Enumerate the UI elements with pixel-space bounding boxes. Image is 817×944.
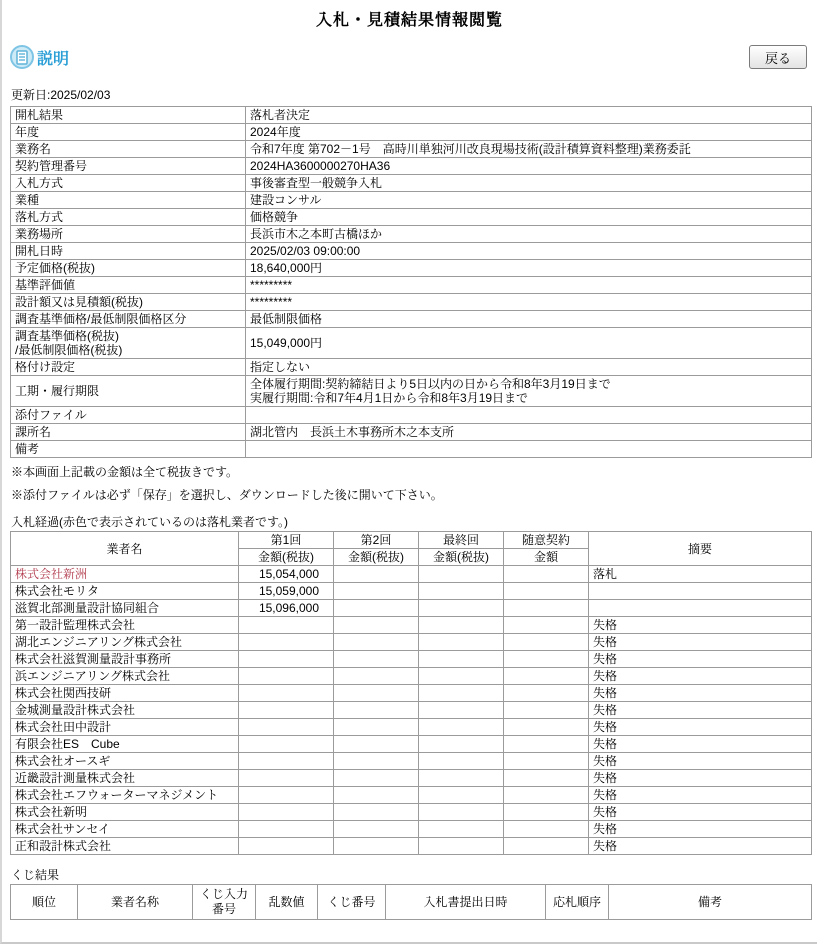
detail-row: 年度2024年度 xyxy=(11,124,812,141)
col-discretionary-amount: 金額 xyxy=(504,549,589,566)
detail-label: 課所名 xyxy=(11,424,246,441)
round2-amount xyxy=(334,634,419,651)
remark: 失格 xyxy=(589,719,812,736)
final-amount xyxy=(419,838,504,855)
detail-label: 入札方式 xyxy=(11,175,246,192)
col-rank: 順位 xyxy=(11,885,78,920)
round2-amount xyxy=(334,583,419,600)
bid-row: 有限会社ES Cube失格 xyxy=(11,736,812,753)
remark: 失格 xyxy=(589,651,812,668)
discretionary-amount xyxy=(504,804,589,821)
final-amount xyxy=(419,583,504,600)
lottery-table: 順位 業者名称 くじ入力番号 乱数値 くじ番号 入札書提出日時 応札順序 備考 xyxy=(10,884,812,920)
detail-value xyxy=(246,441,812,458)
remark: 落札 xyxy=(589,566,812,583)
detail-value: 湖北管内 長浜土木事務所木之本支所 xyxy=(246,424,812,441)
discretionary-amount xyxy=(504,685,589,702)
bid-row: 金城測量設計株式会社失格 xyxy=(11,702,812,719)
col-round2: 第2回 xyxy=(334,532,419,549)
bidder-name: 株式会社田中設計 xyxy=(11,719,239,736)
detail-row: 業務場所長浜市木之本町古橋ほか xyxy=(11,226,812,243)
round2-amount xyxy=(334,719,419,736)
round2-amount xyxy=(334,770,419,787)
col-round2-amount: 金額(税抜) xyxy=(334,549,419,566)
detail-value: 指定しない xyxy=(246,359,812,376)
bid-row: 近畿設計測量株式会社失格 xyxy=(11,770,812,787)
discretionary-amount xyxy=(504,583,589,600)
final-amount xyxy=(419,668,504,685)
detail-row: 業種建設コンサル xyxy=(11,192,812,209)
bid-history-table: 業者名 第1回 第2回 最終回 随意契約 摘要 金額(税抜) 金額(税抜) 金額… xyxy=(10,531,812,855)
final-amount xyxy=(419,736,504,753)
detail-row: 業務名令和7年度 第702－1号 高時川単独河川改良現場技術(設計積算資料整理)… xyxy=(11,141,812,158)
detail-row: 予定価格(税抜)18,640,000円 xyxy=(11,260,812,277)
remark: 失格 xyxy=(589,787,812,804)
detail-value: ********* xyxy=(246,277,812,294)
detail-row: 基準評価値********* xyxy=(11,277,812,294)
bidder-name: 株式会社サンセイ xyxy=(11,821,239,838)
discretionary-amount xyxy=(504,838,589,855)
detail-label: 業種 xyxy=(11,192,246,209)
col-round1: 第1回 xyxy=(239,532,334,549)
detail-label: 年度 xyxy=(11,124,246,141)
bid-row: 株式会社関西技研失格 xyxy=(11,685,812,702)
final-amount xyxy=(419,617,504,634)
document-icon xyxy=(10,45,34,69)
bidder-name: 滋賀北部測量設計協同組合 xyxy=(11,600,239,617)
col-lottery-entry-number: くじ入力番号 xyxy=(193,885,256,920)
round2-amount xyxy=(334,787,419,804)
round1-amount xyxy=(239,634,334,651)
round1-amount xyxy=(239,838,334,855)
detail-row: 課所名湖北管内 長浜土木事務所木之本支所 xyxy=(11,424,812,441)
detail-label: 備考 xyxy=(11,441,246,458)
bid-row: 株式会社エフウォーターマネジメント失格 xyxy=(11,787,812,804)
detail-row: 調査基準価格/最低制限価格区分最低制限価格 xyxy=(11,311,812,328)
round1-amount xyxy=(239,651,334,668)
bid-row: 株式会社サンセイ失格 xyxy=(11,821,812,838)
bidder-name: 湖北エンジニアリング株式会社 xyxy=(11,634,239,651)
bid-history-title: 入札経過(赤色で表示されているのは落札業者です。) xyxy=(11,515,817,529)
discretionary-amount xyxy=(504,736,589,753)
bid-result-page: { "colors": { "winner_red": "#b0384a", "… xyxy=(0,0,817,944)
round1-amount xyxy=(239,719,334,736)
round1-amount xyxy=(239,617,334,634)
round1-amount: 15,054,000 xyxy=(239,566,334,583)
bid-row: 株式会社モリタ15,059,000 xyxy=(11,583,812,600)
detail-row: 調査基準価格(税抜) /最低制限価格(税抜)15,049,000円 xyxy=(11,328,812,359)
bidder-name: 有限会社ES Cube xyxy=(11,736,239,753)
discretionary-amount xyxy=(504,634,589,651)
col-company: 業者名 xyxy=(11,532,239,566)
detail-value: 価格競争 xyxy=(246,209,812,226)
col-final: 最終回 xyxy=(419,532,504,549)
note-attachment: ※添付ファイルは必ず「保存」を選択し、ダウンロードした後に開いて下さい。 xyxy=(11,488,817,502)
detail-label: 開札日時 xyxy=(11,243,246,260)
discretionary-amount xyxy=(504,719,589,736)
remark xyxy=(589,583,812,600)
detail-value: 15,049,000円 xyxy=(246,328,812,359)
bid-row: 株式会社新明失格 xyxy=(11,804,812,821)
detail-label: 予定価格(税抜) xyxy=(11,260,246,277)
round2-amount xyxy=(334,668,419,685)
discretionary-amount xyxy=(504,668,589,685)
detail-value xyxy=(246,407,812,424)
detail-label: 調査基準価格(税抜) /最低制限価格(税抜) xyxy=(11,328,246,359)
detail-row: 格付け設定指定しない xyxy=(11,359,812,376)
round2-amount xyxy=(334,685,419,702)
bidder-name: 第一設計監理株式会社 xyxy=(11,617,239,634)
round2-amount xyxy=(334,600,419,617)
detail-value: 全体履行期間:契約締結日より5日以内の日から令和8年3月19日まで 実履行期間:… xyxy=(246,376,812,407)
col-bid-submission-datetime: 入札書提出日時 xyxy=(386,885,546,920)
bidder-name: 株式会社新洲 xyxy=(11,566,239,583)
col-final-amount: 金額(税抜) xyxy=(419,549,504,566)
round2-amount xyxy=(334,804,419,821)
final-amount xyxy=(419,770,504,787)
col-discretionary: 随意契約 xyxy=(504,532,589,549)
bidder-name: 株式会社新明 xyxy=(11,804,239,821)
detail-label: 基準評価値 xyxy=(11,277,246,294)
remark: 失格 xyxy=(589,821,812,838)
bid-row: 浜エンジニアリング株式会社失格 xyxy=(11,668,812,685)
remark: 失格 xyxy=(589,617,812,634)
round1-amount xyxy=(239,702,334,719)
update-date: 更新日:2025/02/03 xyxy=(11,86,817,103)
detail-row: 落札方式価格競争 xyxy=(11,209,812,226)
discretionary-amount xyxy=(504,770,589,787)
final-amount xyxy=(419,685,504,702)
bid-row: 株式会社新洲15,054,000落札 xyxy=(11,566,812,583)
round2-amount xyxy=(334,821,419,838)
round2-amount xyxy=(334,736,419,753)
round2-amount xyxy=(334,566,419,583)
detail-value: 18,640,000円 xyxy=(246,260,812,277)
remark: 失格 xyxy=(589,770,812,787)
detail-row: 入札方式事後審査型一般競争入札 xyxy=(11,175,812,192)
detail-row: 添付ファイル xyxy=(11,407,812,424)
detail-row: 開札日時2025/02/03 09:00:00 xyxy=(11,243,812,260)
bidder-name: 株式会社滋賀測量設計事務所 xyxy=(11,651,239,668)
bidder-name: 金城測量設計株式会社 xyxy=(11,702,239,719)
col-company-name: 業者名称 xyxy=(78,885,193,920)
detail-value: 2024年度 xyxy=(246,124,812,141)
round2-amount xyxy=(334,753,419,770)
round1-amount xyxy=(239,804,334,821)
remark: 失格 xyxy=(589,736,812,753)
discretionary-amount xyxy=(504,600,589,617)
final-amount xyxy=(419,634,504,651)
detail-row: 契約管理番号2024HA3600000270HA36 xyxy=(11,158,812,175)
explain-link[interactable]: 説明 xyxy=(10,45,69,69)
remark: 失格 xyxy=(589,668,812,685)
round1-amount xyxy=(239,753,334,770)
detail-label: 落札方式 xyxy=(11,209,246,226)
col-random-number: 乱数値 xyxy=(256,885,318,920)
bidder-name: 株式会社エフウォーターマネジメント xyxy=(11,787,239,804)
toolbar: 説明 戻る xyxy=(10,45,807,69)
notes: ※本画面上記載の金額は全て税抜きです。 ※添付ファイルは必ず「保存」を選択し、ダ… xyxy=(11,465,817,502)
round1-amount xyxy=(239,787,334,804)
lottery-title: くじ結果 xyxy=(11,868,817,882)
detail-value: 長浜市木之本町古橋ほか xyxy=(246,226,812,243)
final-amount xyxy=(419,753,504,770)
detail-label: 業務場所 xyxy=(11,226,246,243)
bidder-name: 浜エンジニアリング株式会社 xyxy=(11,668,239,685)
detail-value: 落札者決定 xyxy=(246,107,812,124)
round2-amount xyxy=(334,617,419,634)
discretionary-amount xyxy=(504,753,589,770)
final-amount xyxy=(419,787,504,804)
detail-table: 開札結果落札者決定年度2024年度業務名令和7年度 第702－1号 高時川単独河… xyxy=(10,106,812,458)
detail-row: 備考 xyxy=(11,441,812,458)
bid-row: 滋賀北部測量設計協同組合15,096,000 xyxy=(11,600,812,617)
bid-row: 株式会社滋賀測量設計事務所失格 xyxy=(11,651,812,668)
remark: 失格 xyxy=(589,804,812,821)
final-amount xyxy=(419,804,504,821)
bidder-name: 正和設計株式会社 xyxy=(11,838,239,855)
round1-amount xyxy=(239,685,334,702)
final-amount xyxy=(419,821,504,838)
detail-value: 事後審査型一般競争入札 xyxy=(246,175,812,192)
round2-amount xyxy=(334,702,419,719)
bid-row: 株式会社オースギ失格 xyxy=(11,753,812,770)
detail-label: 工期・履行期限 xyxy=(11,376,246,407)
detail-label: 添付ファイル xyxy=(11,407,246,424)
remark: 失格 xyxy=(589,685,812,702)
round1-amount: 15,059,000 xyxy=(239,583,334,600)
detail-row: 設計額又は見積額(税抜)********* xyxy=(11,294,812,311)
discretionary-amount xyxy=(504,651,589,668)
detail-value: 2024HA3600000270HA36 xyxy=(246,158,812,175)
discretionary-amount xyxy=(504,787,589,804)
detail-row: 工期・履行期限全体履行期間:契約締結日より5日以内の日から令和8年3月19日まで… xyxy=(11,376,812,407)
final-amount xyxy=(419,600,504,617)
bid-row: 湖北エンジニアリング株式会社失格 xyxy=(11,634,812,651)
col-note: 備考 xyxy=(609,885,812,920)
page-title: 入札・見積結果情報閲覧 xyxy=(2,0,817,30)
detail-label: 開札結果 xyxy=(11,107,246,124)
back-button[interactable]: 戻る xyxy=(749,45,807,69)
col-bid-order: 応札順序 xyxy=(546,885,609,920)
discretionary-amount xyxy=(504,821,589,838)
detail-label: 業務名 xyxy=(11,141,246,158)
col-round1-amount: 金額(税抜) xyxy=(239,549,334,566)
final-amount xyxy=(419,719,504,736)
remark: 失格 xyxy=(589,753,812,770)
round1-amount xyxy=(239,668,334,685)
round2-amount xyxy=(334,838,419,855)
bid-row: 株式会社田中設計失格 xyxy=(11,719,812,736)
detail-row: 開札結果落札者決定 xyxy=(11,107,812,124)
detail-label: 格付け設定 xyxy=(11,359,246,376)
detail-value: ********* xyxy=(246,294,812,311)
remark: 失格 xyxy=(589,634,812,651)
round1-amount: 15,096,000 xyxy=(239,600,334,617)
round1-amount xyxy=(239,821,334,838)
detail-value: 最低制限価格 xyxy=(246,311,812,328)
remark: 失格 xyxy=(589,838,812,855)
col-remark: 摘要 xyxy=(589,532,812,566)
round2-amount xyxy=(334,651,419,668)
lottery-header-row: 順位 業者名称 くじ入力番号 乱数値 くじ番号 入札書提出日時 応札順序 備考 xyxy=(11,885,812,920)
bidder-name: 株式会社モリタ xyxy=(11,583,239,600)
detail-value: 2025/02/03 09:00:00 xyxy=(246,243,812,260)
detail-label: 設計額又は見積額(税抜) xyxy=(11,294,246,311)
discretionary-amount xyxy=(504,566,589,583)
round1-amount xyxy=(239,770,334,787)
bidder-name: 株式会社関西技研 xyxy=(11,685,239,702)
bidder-name: 近畿設計測量株式会社 xyxy=(11,770,239,787)
detail-label: 調査基準価格/最低制限価格区分 xyxy=(11,311,246,328)
bidder-name: 株式会社オースギ xyxy=(11,753,239,770)
detail-label: 契約管理番号 xyxy=(11,158,246,175)
discretionary-amount xyxy=(504,702,589,719)
bid-row: 第一設計監理株式会社失格 xyxy=(11,617,812,634)
remark: 失格 xyxy=(589,702,812,719)
col-lottery-number: くじ番号 xyxy=(318,885,386,920)
note-tax: ※本画面上記載の金額は全て税抜きです。 xyxy=(11,465,817,479)
bid-row: 正和設計株式会社失格 xyxy=(11,838,812,855)
remark xyxy=(589,600,812,617)
final-amount xyxy=(419,566,504,583)
bid-header-row-1: 業者名 第1回 第2回 最終回 随意契約 摘要 xyxy=(11,532,812,549)
detail-value: 令和7年度 第702－1号 高時川単独河川改良現場技術(設計積算資料整理)業務委… xyxy=(246,141,812,158)
discretionary-amount xyxy=(504,617,589,634)
round1-amount xyxy=(239,736,334,753)
detail-value: 建設コンサル xyxy=(246,192,812,209)
explain-label: 説明 xyxy=(37,46,69,69)
final-amount xyxy=(419,651,504,668)
final-amount xyxy=(419,702,504,719)
